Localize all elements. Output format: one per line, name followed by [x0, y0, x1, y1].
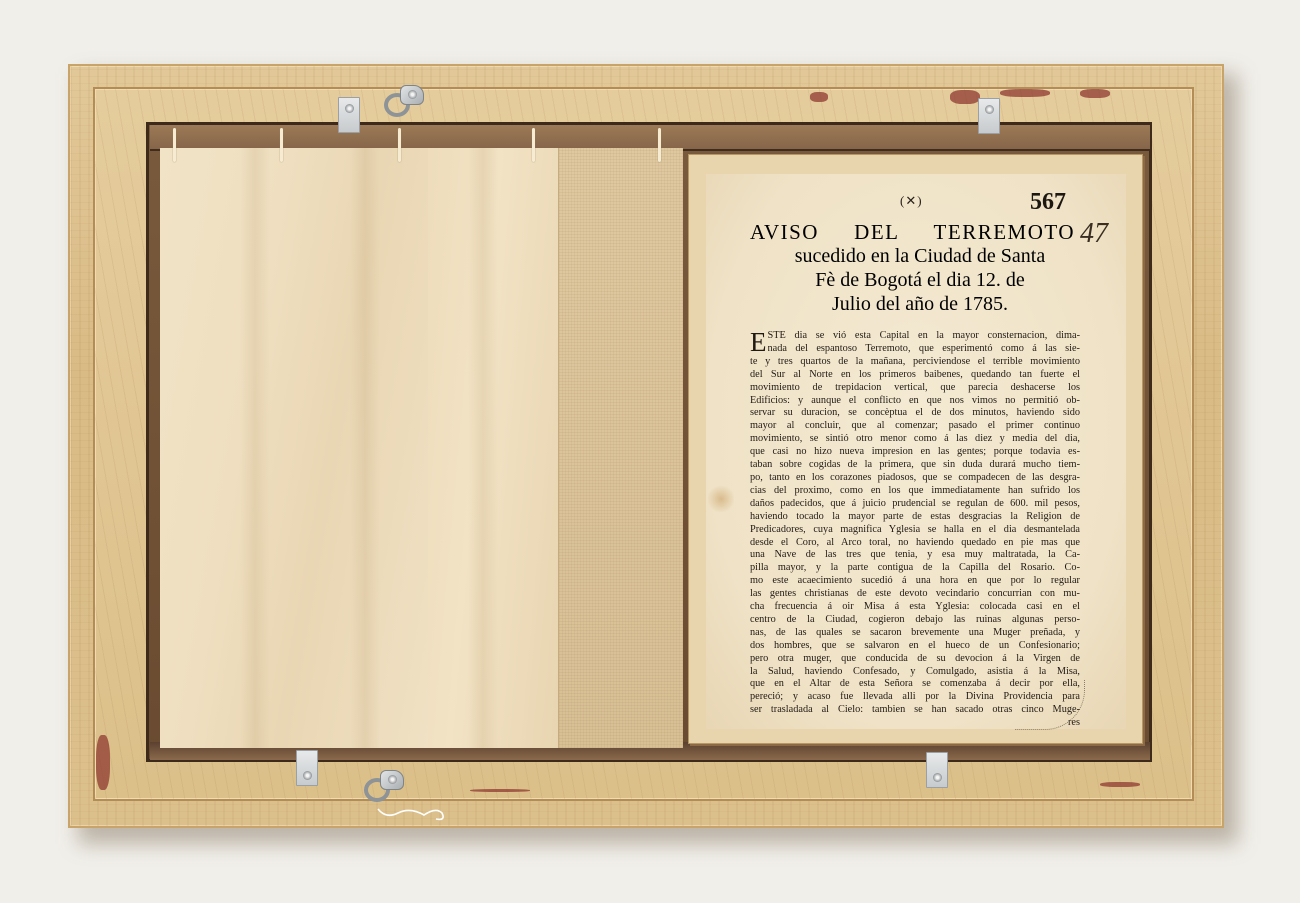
body-line: mo este acaecimiento sucedió á una hora …: [750, 575, 1080, 588]
hanging-loop: [658, 128, 661, 162]
body-line: nada del espantoso Terremoto, que esperi…: [768, 343, 1081, 356]
body-line: dos hombres, que se salvaron en el hueco…: [750, 640, 1080, 653]
wood-stain: [810, 92, 828, 102]
body-line: la Salud, haviendo Confesado, y Comulgad…: [750, 666, 1080, 679]
body-line: daños padecidos, que á juicio prudencial…: [750, 498, 1080, 511]
body-line: servar su duracion, se concèptua el de d…: [750, 407, 1080, 420]
d-ring-hanger-bottom: [364, 770, 406, 804]
wood-stain: [96, 735, 110, 790]
turn-clip-top-right: [978, 98, 1000, 134]
wood-stain: [1000, 89, 1050, 97]
body-line: desde el Coro, al Arco toral, no haviend…: [750, 537, 1080, 550]
subtitle-line: sucedido en la Ciudad de Santa: [750, 244, 1090, 268]
body-line: taban sobre cogidas de la primera, que s…: [750, 459, 1080, 472]
body-line: centro de la Ciudad, cogieron debajo las…: [750, 614, 1080, 627]
body-line: una Nave de las tres que tenia, y esa mu…: [750, 549, 1080, 562]
body-line: movimiento, se sintió otro menor como á …: [750, 433, 1080, 446]
wood-stain: [1100, 782, 1140, 787]
wood-stain: [1080, 89, 1110, 98]
document-body: E STE dia se vió esta Capital en la mayo…: [750, 330, 1080, 730]
d-ring-hanger-top: [384, 85, 426, 119]
body-line: po, tanto en los corazones piadosos, que…: [750, 472, 1080, 485]
linen-cloth-backing-panel: [558, 148, 683, 748]
page-number: 567: [1030, 189, 1066, 216]
body-line: STE dia se vió esta Capital en la mayor …: [768, 330, 1081, 343]
turn-clip-bottom-left: [296, 750, 318, 786]
hanging-loop: [280, 128, 283, 162]
body-line: Predicadores, cuya magnifica Yglesia se …: [750, 524, 1080, 537]
body-line: mayor al concluir, que al comenzar; pasa…: [750, 420, 1080, 433]
subtitle-line: Fè de Bogotá el dia 12. de: [750, 268, 1090, 292]
body-line: que casi no hizo nueva impresion en las …: [750, 446, 1080, 459]
turn-clip-bottom-right: [926, 752, 948, 788]
document-subtitle: sucedido en la Ciudad de Santa Fè de Bog…: [750, 244, 1090, 316]
body-line: nas, de las quales se sacaron brevemente…: [750, 627, 1080, 640]
document-title: AVISO DEL TERREMOTO: [750, 220, 1075, 245]
page-mark: (✕): [900, 193, 923, 209]
body-line: cias del proximo, como en los que immedi…: [750, 485, 1080, 498]
linen-cloth-left-panel: [160, 148, 430, 748]
body-line: haviendo tocado la mayor parte de estas …: [750, 511, 1080, 524]
body-line: las gentes christianas de este devoto ve…: [750, 588, 1080, 601]
hanging-string: [376, 803, 456, 823]
subtitle-line: Julio del año de 1785.: [750, 292, 1090, 316]
body-line: te y tres quartos de la mañana, percivie…: [750, 356, 1080, 369]
drop-cap: E: [750, 331, 767, 353]
hanging-loop: [173, 128, 176, 162]
linen-cloth-middle-panel: [428, 148, 560, 748]
wood-stain: [950, 90, 980, 104]
body-line: cha frecuencia á oir Misa á esta Yglesia…: [750, 601, 1080, 614]
body-line: pero otra muger, que conducida de su dev…: [750, 653, 1080, 666]
body-line: del Sur al Norte en los primeros baibene…: [750, 369, 1080, 382]
hanging-loop: [532, 128, 535, 162]
body-line: Edificios: y aunque el conflicto en que …: [750, 395, 1080, 408]
turn-clip-top-left: [338, 97, 360, 133]
body-line: movimiento de trepidacion vertical, que …: [750, 382, 1080, 395]
wood-stain: [470, 789, 530, 792]
body-line: pilla mayor, y la parte contigua de la C…: [750, 562, 1080, 575]
hanging-loop: [398, 128, 401, 162]
